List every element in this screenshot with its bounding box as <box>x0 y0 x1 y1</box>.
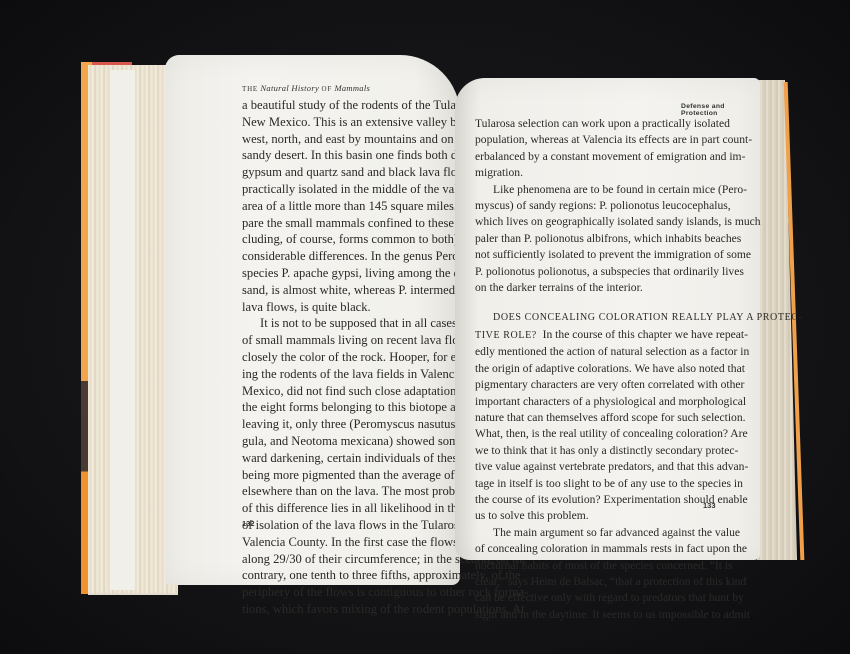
right-paragraph-4: The main argument so far advanced agains… <box>475 525 802 623</box>
right-page: Defense and Protection Tularosa selectio… <box>455 78 760 560</box>
right-paragraph-1: Tularosa selection can work upon a pract… <box>475 116 802 182</box>
left-page: THE Natural History OF Mammals a beautif… <box>165 55 460 585</box>
section-heading: DOES CONCEALING COLORATION REALLY PLAY A… <box>475 310 802 326</box>
right-page-number: 133 <box>703 501 716 510</box>
left-page-number: 132 <box>242 519 255 528</box>
right-paragraph-2: Like phenomena are to be found in certai… <box>475 182 802 297</box>
right-running-head: Defense and Protection <box>681 103 760 117</box>
right-section: DOES CONCEALING COLORATION REALLY PLAY A… <box>475 310 802 524</box>
section-heading-cont: TIVE ROLE? <box>475 330 537 341</box>
page-edges-left-inner <box>110 70 135 590</box>
right-body-text: Tularosa selection can work upon a pract… <box>475 116 802 623</box>
left-running-head: THE Natural History OF Mammals <box>242 83 370 93</box>
